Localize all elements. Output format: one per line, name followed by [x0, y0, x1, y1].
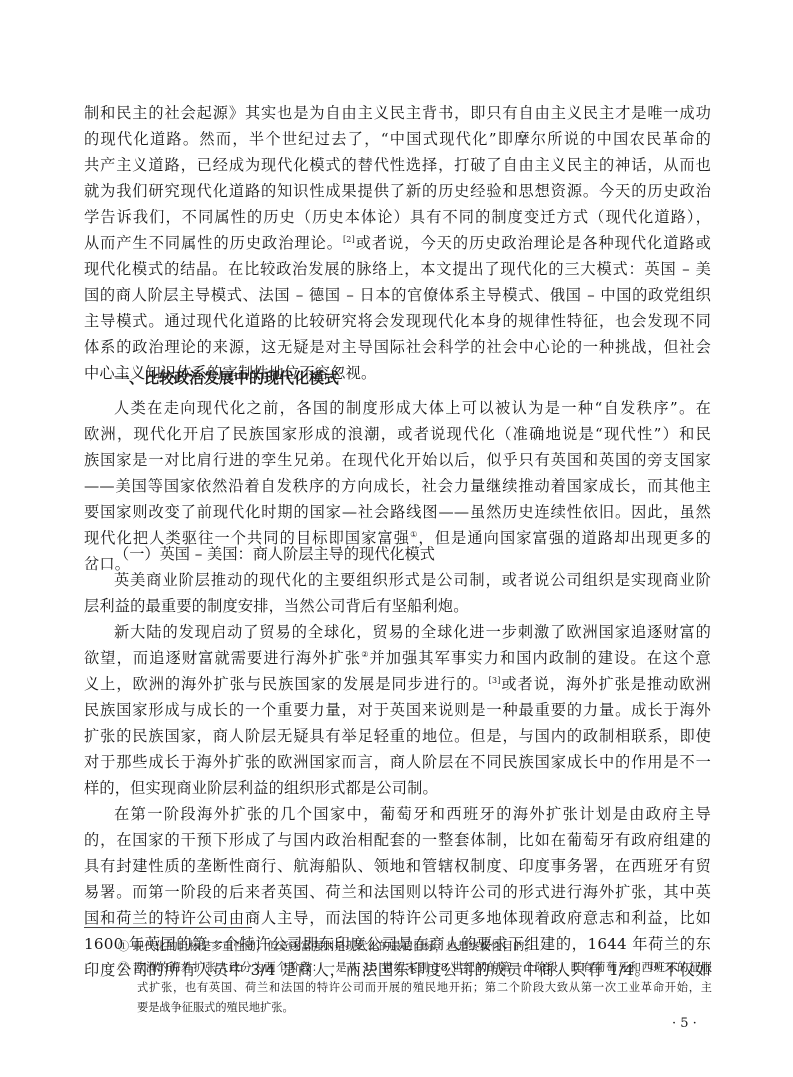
body-line: 要国家则改变了前现代化时期的国家—社会路线图——虽然历史连续性依旧。因此，虽然 — [84, 500, 711, 524]
body-line: 英美商业阶层推动的现代化的主要组织形式是公司制，或者说公司组织是实现商业阶 — [114, 568, 711, 592]
body-line: 样的，但实现商业阶层利益的组织形式都是公司制。 — [84, 776, 711, 800]
body-text: 欲望，而追逐财富就需要进行海外扩张 — [84, 649, 361, 667]
body-line: 的，在国家的干预下形成了与国内政治相配套的一整套体制，比如在葡萄牙有政府组建的 — [84, 828, 711, 852]
body-line: 国的商人阶层主导模式、法国 – 德国 – 日本的官僚体系主导模式、俄国 – 中国… — [84, 283, 711, 307]
footnote-text: 现代化的目标是多重性的，但竞逐富强则是现代化的最初目标，也是终极性目的。 — [133, 940, 536, 953]
body-line: 制和民主的社会起源》其实也是为自由主义民主背书，即只有自由主义民主才是唯一成功 — [84, 101, 711, 125]
body-text: 并加强其军事实力和国内政制的建设。在这个意 — [370, 649, 712, 667]
footnote-text: 欧洲的海外扩张大致分为两个阶段：一是从 15 世纪末到 18 世纪初的第一个阶段… — [134, 961, 712, 974]
body-line: 体系的政治理论的来源，这无疑是对主导国际社会科学的社会中心论的一种挑战，但社会 — [84, 335, 711, 359]
subsection-heading: （一）英国 – 美国：商人阶层主导的现代化模式 — [114, 542, 435, 566]
page-number: · 5 · — [672, 1014, 697, 1034]
body-line: 主导模式。通过现代化道路的比较研究将会发现现代化本身的规律性特征，也会发现不同 — [84, 309, 711, 333]
body-line: 民族国家形成与成长的一个重要力量，对于英国来说则是一种最重要的力量。成长于海外 — [84, 698, 711, 722]
body-line: 扩张的民族国家，商人阶层无疑具有举足轻重的地位。但是，与国内的政制相联系，即使 — [84, 724, 711, 748]
body-line: 层利益的最重要的制度安排，当然公司背后有坚船利炮。 — [84, 594, 711, 618]
body-text: 从而产生不同属性的历史政治理论。 — [84, 234, 343, 252]
body-text: 或者说，今天的历史政治理论是各种现代化道路或 — [355, 234, 711, 252]
body-line: 易署。而第一阶段的后来者英国、荷兰和法国则以特许公司的形式进行海外扩张，其中英 — [84, 880, 711, 904]
body-line: 共产主义道路，已经成为现代化模式的替代性选择，打破了自由主义民主的神话，从而也 — [84, 153, 711, 177]
body-line: 欲望，而追逐财富就需要进行海外扩张②并加强其军事实力和国内政制的建设。在这个意 — [84, 646, 711, 670]
footnote-marker: ① — [118, 940, 129, 953]
body-text: ，但是通向国家富强的道路却出现更多的 — [418, 529, 711, 547]
body-line: ——美国等国家依然沿着自发秩序的方向成长，社会力量继续推动着国家成长，而其他主 — [84, 474, 711, 498]
body-line: 学告诉我们，不同属性的历史（历史本体论）具有不同的制度变迁方式（现代化道路）， — [84, 205, 711, 229]
footnote-divider — [84, 927, 252, 928]
body-line: 义上，欧洲的海外扩张与民族国家的发展是同步进行的。[3]或者说，海外扩张是推动欧… — [84, 672, 711, 696]
document-page: 制和民主的社会起源》其实也是为自由主义民主背书，即只有自由主义民主才是唯一成功 … — [0, 0, 793, 1077]
body-line: 从而产生不同属性的历史政治理论。[2]或者说，今天的历史政治理论是各种现代化道路… — [84, 231, 711, 255]
body-line: 新大陆的发现启动了贸易的全球化，贸易的全球化进一步刺激了欧洲国家追逐财富的 — [114, 620, 711, 644]
section-heading: 一、比较政治发展中的现代化模式 — [114, 366, 339, 390]
citation-ref: [2] — [343, 235, 355, 244]
body-line: 在第一阶段海外扩张的几个国家中，葡萄牙和西班牙的海外扩张计划是由政府主导 — [114, 802, 711, 826]
body-line: 的现代化道路。然而，半个世纪过去了，“中国式现代化”即摩尔所说的中国农民革命的 — [84, 127, 711, 151]
footnote-2: ② 欧洲的海外扩张大致分为两个阶段：一是从 15 世纪末到 18 世纪初的第一个… — [118, 959, 712, 977]
body-text: 义上，欧洲的海外扩张与民族国家的发展是同步进行的。 — [84, 675, 489, 693]
body-line: 具有封建性质的垄断性商行、航海船队、领地和管辖权制度、印度事务署，在西班牙有贸 — [84, 854, 711, 878]
body-line: 对于那些成长于海外扩张的欧洲国家而言，商人阶层在不同民族国家成长中的作用是不一 — [84, 750, 711, 774]
footnote-ref[interactable]: ② — [361, 650, 369, 659]
footnote-2-line: 式扩张，也有英国、荷兰和法国的特许公司而开展的殖民地开拓；第二个阶段大致从第一次… — [137, 979, 712, 997]
body-line: 人类在走向现代化之前，各国的制度形成大体上可以被认为是一种“自发秩序”。在 — [114, 396, 711, 420]
body-line: 欧洲，现代化开启了民族国家形成的浪潮，或者说现代化（准确地说是“现代性”）和民 — [84, 422, 711, 446]
body-line: 现代化模式的结晶。在比较政治发展的脉络上，本文提出了现代化的三大模式：英国 – … — [84, 257, 711, 281]
citation-ref: [3] — [489, 676, 501, 685]
body-line: 族国家是一对比肩行进的孪生兄弟。在现代化开始以后，似乎只有英国和英国的旁支国家 — [84, 448, 711, 472]
body-line: 就为我们研究现代化道路的知识性成果提供了新的历史经验和思想资源。今天的历史政治 — [84, 179, 711, 203]
footnote-2-line: 要是战争征服式的殖民地扩张。 — [137, 999, 712, 1017]
body-text: 或者说，海外扩张是推动欧洲 — [501, 675, 711, 693]
footnote-1: ① 现代化的目标是多重性的，但竞逐富强则是现代化的最初目标，也是终极性目的。 — [118, 938, 712, 956]
footnote-marker: ② — [118, 961, 130, 974]
